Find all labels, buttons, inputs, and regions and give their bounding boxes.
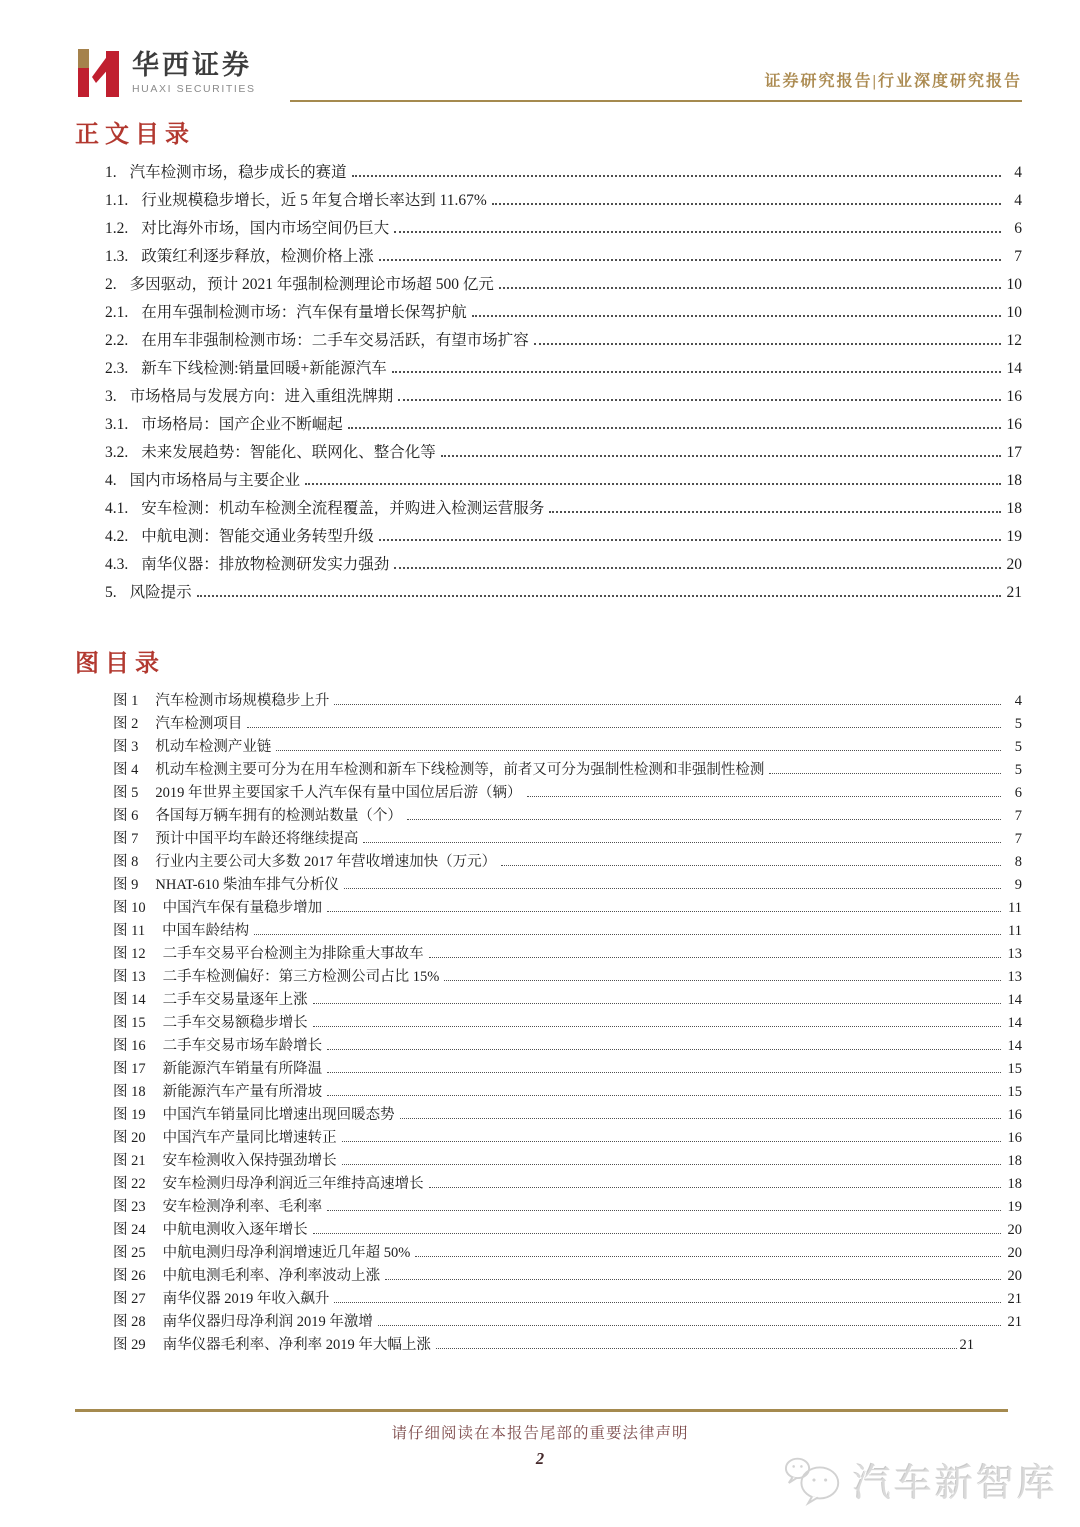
figure-entry-title: 南华仪器归母净利润 2019 年激增: [163, 1311, 373, 1334]
figure-entry[interactable]: 图 7 预计中国平均车龄还将继续提高 7: [113, 828, 1022, 851]
toc-entry-page: 20: [1004, 551, 1022, 579]
figures-title: 图目录: [75, 643, 1080, 678]
toc-entry-number: 2.3.: [105, 355, 128, 383]
toc-entry-title: 安车检测：机动车检测全流程覆盖，并购进入检测运营服务: [141, 495, 544, 523]
figure-entry-number: 图 16: [113, 1035, 146, 1058]
figure-entry-title: 汽车检测项目: [155, 713, 242, 736]
dot-leader: [276, 750, 1001, 751]
figure-entry[interactable]: 图 2 汽车检测项目 5: [113, 713, 1022, 736]
toc-entry-title: 政策红利逐步释放，检测价格上涨: [141, 243, 374, 271]
dot-leader: [441, 455, 1001, 457]
figure-entry[interactable]: 图 17 新能源汽车销量有所降温 15: [113, 1058, 1022, 1081]
figure-entry[interactable]: 图 8 行业内主要公司大多数 2017 年营收增速加快（万元） 8: [113, 851, 1022, 874]
figure-entry-number: 图 25: [113, 1242, 146, 1265]
figure-entry-title: 汽车检测市场规模稳步上升: [155, 690, 329, 713]
toc-entry-number: 3.1.: [105, 411, 128, 439]
figure-entry-title: 中国车龄结构: [162, 920, 249, 943]
dot-leader: [398, 399, 1001, 401]
dot-leader: [549, 511, 1001, 513]
figure-entry[interactable]: 图 9 NHAT-610 柴油车排气分析仪 9: [113, 874, 1022, 897]
figure-entry-number: 图 6: [113, 805, 138, 828]
figure-entry-title: 中国汽车产量同比增速转正: [163, 1127, 337, 1150]
toc-entry-page: 19: [1004, 523, 1022, 551]
figure-entry-title: 安车检测归母净利润近三年维持高速增长: [163, 1173, 424, 1196]
figure-entry[interactable]: 图 25 中航电测归母净利润增速近几年超 50% 20: [113, 1242, 1022, 1265]
figure-entry[interactable]: 图 22 安车检测归母净利润近三年维持高速增长 18: [113, 1173, 1022, 1196]
dot-leader: [444, 980, 1001, 981]
figure-entry[interactable]: 图 28 南华仪器归母净利润 2019 年激增 21: [113, 1311, 1022, 1334]
figure-entry-number: 图 28: [113, 1311, 146, 1334]
huaxi-logo: 华西证券 HUAXI SECURITIES: [75, 44, 290, 102]
dot-leader: [342, 1141, 1001, 1142]
figure-entry-page: 7: [1004, 828, 1022, 851]
toc-entry-page: 6: [1004, 215, 1022, 243]
figure-entry-number: 图 14: [113, 989, 146, 1012]
dot-leader: [492, 203, 1001, 205]
toc-entry-title: 国内市场格局与主要企业: [130, 467, 301, 495]
figure-entry-title: 安车检测收入保持强劲增长: [163, 1150, 337, 1173]
figure-entry-page: 7: [1004, 805, 1022, 828]
dot-leader: [352, 175, 1001, 177]
figure-entry[interactable]: 图 12 二手车交易平台检测主为排除重大事故车 13: [113, 943, 1022, 966]
figure-entry-page: 19: [1004, 1196, 1022, 1219]
figure-entry[interactable]: 图 1 汽车检测市场规模稳步上升 4: [113, 690, 1022, 713]
figure-entry-page: 14: [1004, 1035, 1022, 1058]
toc-entry-page: 12: [1004, 327, 1022, 355]
toc-entry-title: 新车下线检测:销量回暖+新能源汽车: [141, 355, 387, 383]
toc-entry[interactable]: 1.3. 政策红利逐步释放，检测价格上涨 7: [105, 243, 1022, 271]
toc-entry-title: 行业规模稳步增长，近 5 年复合增长率达到 11.67%: [141, 187, 487, 215]
toc-entry-page: 4: [1004, 159, 1022, 187]
dot-leader: [407, 819, 1001, 820]
figure-entry-title: 行业内主要公司大多数 2017 年营收增速加快（万元）: [155, 851, 496, 874]
dot-leader: [385, 1279, 1001, 1280]
toc-entry-number: 4.2.: [105, 523, 128, 551]
toc-entry[interactable]: 4. 国内市场格局与主要企业 18: [105, 467, 1022, 495]
figure-entry-title: 二手车交易量逐年上涨: [163, 989, 308, 1012]
figure-entry-page: 5: [1004, 713, 1022, 736]
figure-entry-title: 二手车检测偏好：第三方检测公司占比 15%: [163, 966, 440, 989]
dot-leader: [334, 704, 1001, 705]
toc-entry-title: 市场格局：国产企业不断崛起: [141, 411, 343, 439]
toc-entry[interactable]: 5. 风险提示 21: [105, 579, 1022, 607]
wechat-icon: [783, 1454, 845, 1506]
toc-entry-number: 4.1.: [105, 495, 128, 523]
dot-leader: [327, 1210, 1001, 1211]
figure-entry-title: 新能源汽车销量有所降温: [163, 1058, 323, 1081]
toc-entry[interactable]: 4.2. 中航电测：智能交通业务转型升级 19: [105, 523, 1022, 551]
toc-entry-number: 1.3.: [105, 243, 128, 271]
toc-entry-number: 2.1.: [105, 299, 128, 327]
toc-entry[interactable]: 2.2. 在用车非强制检测市场：二手车交易活跃，有望市场扩容 12: [105, 327, 1022, 355]
toc-entry-title: 风险提示: [130, 579, 192, 607]
figure-entry-page: 15: [1004, 1081, 1022, 1104]
toc-entry[interactable]: 3. 市场格局与发展方向：进入重组洗牌期 16: [105, 383, 1022, 411]
toc-entry-page: 17: [1004, 439, 1022, 467]
figure-entry-title: 机动车检测主要可分为在用车检测和新车下线检测等，前者又可分为强制性检测和非强制性…: [155, 759, 764, 782]
figure-entry-number: 图 9: [113, 874, 138, 897]
dot-leader: [327, 1072, 1001, 1073]
toc-entry-page: 10: [1004, 271, 1022, 299]
toc-entry-number: 1.1.: [105, 187, 128, 215]
page-header: 华西证券 HUAXI SECURITIES 证券研究报告|行业深度研究报告: [75, 42, 1022, 102]
toc-entry-page: 14: [1004, 355, 1022, 383]
figure-entry-title: 南华仪器毛利率、净利率 2019 年大幅上涨: [163, 1334, 431, 1357]
toc-entry-title: 中航电测：智能交通业务转型升级: [141, 523, 374, 551]
figure-entry-page: 20: [1004, 1265, 1022, 1288]
figure-entry-page: 18: [1004, 1173, 1022, 1196]
toc-entry-number: 3.2.: [105, 439, 128, 467]
figure-entry[interactable]: 图 29 南华仪器毛利率、净利率 2019 年大幅上涨 21: [113, 1334, 1022, 1357]
figure-entry[interactable]: 图 20 中国汽车产量同比增速转正 16: [113, 1127, 1022, 1150]
figure-entry-page: 5: [1004, 759, 1022, 782]
figure-entry[interactable]: 图 23 安车检测净利率、毛利率 19: [113, 1196, 1022, 1219]
toc-entry-number: 2.2.: [105, 327, 128, 355]
dot-leader: [501, 865, 1001, 866]
dot-leader: [378, 1325, 1001, 1326]
dot-leader: [499, 287, 1001, 289]
toc-entry-title: 市场格局与发展方向：进入重组洗牌期: [130, 383, 394, 411]
toc-entry-page: 16: [1004, 411, 1022, 439]
figure-entry-page: 21: [1004, 1311, 1022, 1334]
figure-entry[interactable]: 图 24 中航电测收入逐年增长 20: [113, 1219, 1022, 1242]
dot-leader: [344, 888, 1001, 889]
dot-leader: [247, 727, 1001, 728]
dot-leader: [327, 1049, 1001, 1050]
dot-leader: [415, 1256, 1001, 1257]
toc-entry-title: 未来发展趋势：智能化、联网化、整合化等: [141, 439, 436, 467]
brand-name-cn: 华西证券: [132, 51, 256, 81]
watermark-label: 汽车新智库: [853, 1452, 1058, 1507]
figure-entry-page: 18: [1004, 1150, 1022, 1173]
figure-entry-number: 图 20: [113, 1127, 146, 1150]
toc-entry[interactable]: 3.1. 市场格局：国产企业不断崛起 16: [105, 411, 1022, 439]
figure-entry-title: 机动车检测产业链: [155, 736, 271, 759]
figure-entry-title: NHAT-610 柴油车排气分析仪: [155, 874, 339, 897]
figure-entry-number: 图 1: [113, 690, 138, 713]
figure-entry-page: 20: [1004, 1242, 1022, 1265]
brand-name-en: HUAXI SECURITIES: [132, 83, 256, 95]
toc-entry[interactable]: 4.1. 安车检测：机动车检测全流程覆盖，并购进入检测运营服务 18: [105, 495, 1022, 523]
figure-entry[interactable]: 图 11 中国车龄结构 11: [113, 920, 1022, 943]
figure-entry-number: 图 17: [113, 1058, 146, 1081]
figure-entry[interactable]: 图 6 各国每万辆车拥有的检测站数量（个） 7: [113, 805, 1022, 828]
figure-entry-number: 图 22: [113, 1173, 146, 1196]
figure-entry[interactable]: 图 13 二手车检测偏好：第三方检测公司占比 15% 13: [113, 966, 1022, 989]
figure-entry-number: 图 11: [113, 920, 145, 943]
dot-leader: [342, 1164, 1001, 1165]
figure-entry-number: 图 5: [113, 782, 138, 805]
figure-entry-title: 二手车交易平台检测主为排除重大事故车: [163, 943, 424, 966]
dot-leader: [348, 427, 1001, 429]
toc-entry[interactable]: 1. 汽车检测市场，稳步成长的赛道 4: [105, 159, 1022, 187]
dot-leader: [534, 343, 1001, 345]
toc-entry-title: 汽车检测市场，稳步成长的赛道: [130, 159, 347, 187]
figure-entry-number: 图 29: [113, 1334, 146, 1357]
dot-leader: [379, 539, 1001, 541]
figure-entry-number: 图 23: [113, 1196, 146, 1219]
figure-entry-page: 9: [1004, 874, 1022, 897]
header-divider: [290, 100, 1022, 103]
figure-entry-number: 图 4: [113, 759, 138, 782]
logo-text: 华西证券 HUAXI SECURITIES: [132, 51, 256, 95]
figure-entry[interactable]: 图 27 南华仪器 2019 年收入飙升 21: [113, 1288, 1022, 1311]
figure-entry[interactable]: 图 10 中国汽车保有量稳步增加 11: [113, 897, 1022, 920]
figure-entry-page: 21: [1004, 1288, 1022, 1311]
dot-leader: [527, 796, 1002, 797]
dot-leader: [313, 1233, 1001, 1234]
figure-entry-page: 6: [1004, 782, 1022, 805]
toc-entry[interactable]: 4.3. 南华仪器：排放物检测研发实力强劲 20: [105, 551, 1022, 579]
figure-entry-page: 21: [960, 1334, 1023, 1357]
dot-leader: [379, 259, 1001, 261]
figure-entry-page: 8: [1004, 851, 1022, 874]
figure-entry-number: 图 21: [113, 1150, 146, 1173]
figure-entry[interactable]: 图 21 安车检测收入保持强劲增长 18: [113, 1150, 1022, 1173]
figure-entry-title: 中国汽车销量同比增速出现回暖态势: [163, 1104, 395, 1127]
toc-entry-page: 16: [1004, 383, 1022, 411]
figure-entry-number: 图 2: [113, 713, 138, 736]
toc-title: 正文目录: [75, 114, 1080, 149]
dot-leader: [305, 483, 1001, 485]
figure-entry-title: 二手车交易额稳步增长: [163, 1012, 308, 1035]
dot-leader: [363, 842, 1001, 843]
toc-entry-title: 在用车非强制检测市场：二手车交易活跃，有望市场扩容: [141, 327, 529, 355]
figure-entry-number: 图 27: [113, 1288, 146, 1311]
watermark: 汽车新智库: [783, 1452, 1058, 1507]
toc-entry-title: 对比海外市场，国内市场空间仍巨大: [141, 215, 389, 243]
figure-entry-title: 新能源汽车产量有所滑坡: [163, 1081, 323, 1104]
dot-leader: [436, 1348, 957, 1349]
figure-entry-number: 图 26: [113, 1265, 146, 1288]
toc-entry-page: 18: [1004, 495, 1022, 523]
dot-leader: [254, 934, 1001, 935]
toc-entry-page: 4: [1004, 187, 1022, 215]
figure-entry-page: 14: [1004, 989, 1022, 1012]
toc-entry-number: 1.: [105, 159, 117, 187]
figure-entry-page: 14: [1004, 1012, 1022, 1035]
toc-entry[interactable]: 3.2. 未来发展趋势：智能化、联网化、整合化等 17: [105, 439, 1022, 467]
toc-entry-number: 2.: [105, 271, 117, 299]
toc-list: 1. 汽车检测市场，稳步成长的赛道 4 1.1. 行业规模稳步增长，近 5 年复…: [105, 159, 1022, 607]
header-right: 证券研究报告|行业深度研究报告: [290, 68, 1022, 103]
dot-leader: [392, 371, 1001, 373]
toc-entry-number: 5.: [105, 579, 117, 607]
toc-entry[interactable]: 2.1. 在用车强制检测市场：汽车保有量增长保驾护航 10: [105, 299, 1022, 327]
toc-entry[interactable]: 1.1. 行业规模稳步增长，近 5 年复合增长率达到 11.67% 4: [105, 187, 1022, 215]
figure-entry[interactable]: 图 26 中航电测毛利率、净利率波动上涨 20: [113, 1265, 1022, 1288]
toc-entry-number: 4.: [105, 467, 117, 495]
footer-disclaimer: 请仔细阅读在本报告尾部的重要法律声明: [0, 1421, 1080, 1443]
figure-entry[interactable]: 图 4 机动车检测主要可分为在用车检测和新车下线检测等，前者又可分为强制性检测和…: [113, 759, 1022, 782]
figure-entry-title: 2019 年世界主要国家千人汽车保有量中国位居后游（辆）: [155, 782, 521, 805]
figure-entry-number: 图 24: [113, 1219, 146, 1242]
figure-entry-title: 中航电测收入逐年增长: [163, 1219, 308, 1242]
toc-entry-number: 3.: [105, 383, 117, 411]
figure-entry-number: 图 15: [113, 1012, 146, 1035]
dot-leader: [394, 231, 1001, 233]
toc-entry[interactable]: 1.2. 对比海外市场，国内市场空间仍巨大 6: [105, 215, 1022, 243]
huaxi-logo-icon: [75, 46, 123, 100]
figure-entry[interactable]: 图 19 中国汽车销量同比增速出现回暖态势 16: [113, 1104, 1022, 1127]
toc-entry-page: 10: [1004, 299, 1022, 327]
figure-entry-number: 图 7: [113, 828, 138, 851]
dot-leader: [313, 1026, 1001, 1027]
figure-entry-number: 图 3: [113, 736, 138, 759]
toc-entry-title: 在用车强制检测市场：汽车保有量增长保驾护航: [141, 299, 467, 327]
figure-entry-number: 图 13: [113, 966, 146, 989]
dot-leader: [769, 773, 1001, 774]
figure-entry-page: 4: [1004, 690, 1022, 713]
figure-entry[interactable]: 图 16 二手车交易市场车龄增长 14: [113, 1035, 1022, 1058]
figure-entry-page: 15: [1004, 1058, 1022, 1081]
figure-entry-page: 13: [1004, 943, 1022, 966]
toc-entry-number: 4.3.: [105, 551, 128, 579]
figure-entry[interactable]: 图 3 机动车检测产业链 5: [113, 736, 1022, 759]
figure-entry-title: 中国汽车保有量稳步增加: [163, 897, 323, 920]
figure-entry-page: 16: [1004, 1127, 1022, 1150]
figure-entry-number: 图 8: [113, 851, 138, 874]
toc-entry-page: 18: [1004, 467, 1022, 495]
dot-leader: [429, 1187, 1001, 1188]
figure-entry-page: 13: [1004, 966, 1022, 989]
dot-leader: [313, 1003, 1001, 1004]
figure-entry-page: 11: [1004, 920, 1022, 943]
dot-leader: [197, 595, 1001, 597]
dot-leader: [334, 1302, 1001, 1303]
figure-entry[interactable]: 图 18 新能源汽车产量有所滑坡 15: [113, 1081, 1022, 1104]
figure-entry[interactable]: 图 15 二手车交易额稳步增长 14: [113, 1012, 1022, 1035]
figure-entry-page: 11: [1004, 897, 1022, 920]
figure-entry[interactable]: 图 14 二手车交易量逐年上涨 14: [113, 989, 1022, 1012]
figure-entry-page: 5: [1004, 736, 1022, 759]
dot-leader: [429, 957, 1001, 958]
figure-entry-title: 中航电测归母净利润增速近几年超 50%: [163, 1242, 411, 1265]
figure-entry-title: 各国每万辆车拥有的检测站数量（个）: [155, 805, 402, 828]
toc-entry-title: 多因驱动，预计 2021 年强制检测理论市场超 500 亿元: [130, 271, 494, 299]
toc-entry-page: 21: [1004, 579, 1022, 607]
report-toc-page: 华西证券 HUAXI SECURITIES 证券研究报告|行业深度研究报告 正文…: [0, 0, 1080, 1527]
toc-entry-title: 南华仪器：排放物检测研发实力强劲: [141, 551, 389, 579]
figure-entry-number: 图 12: [113, 943, 146, 966]
figure-entry-title: 南华仪器 2019 年收入飙升: [163, 1288, 330, 1311]
figure-entry-number: 图 18: [113, 1081, 146, 1104]
figure-entry-title: 中航电测毛利率、净利率波动上涨: [163, 1265, 381, 1288]
dot-leader: [327, 911, 1001, 912]
figure-entry-title: 二手车交易市场车龄增长: [163, 1035, 323, 1058]
figure-entry[interactable]: 图 5 2019 年世界主要国家千人汽车保有量中国位居后游（辆） 6: [113, 782, 1022, 805]
figure-entry-title: 安车检测净利率、毛利率: [163, 1196, 323, 1219]
footer-divider: [75, 1409, 1008, 1412]
dot-leader: [472, 315, 1001, 317]
figure-entry-title: 预计中国平均车龄还将继续提高: [155, 828, 358, 851]
dot-leader: [327, 1095, 1001, 1096]
figure-entry-number: 图 19: [113, 1104, 146, 1127]
toc-entry-number: 1.2.: [105, 215, 128, 243]
figure-entry-page: 20: [1004, 1219, 1022, 1242]
toc-entry[interactable]: 2. 多因驱动，预计 2021 年强制检测理论市场超 500 亿元 10: [105, 271, 1022, 299]
dot-leader: [394, 567, 1001, 569]
toc-entry[interactable]: 2.3. 新车下线检测:销量回暖+新能源汽车 14: [105, 355, 1022, 383]
report-type-label: 证券研究报告|行业深度研究报告: [290, 68, 1022, 91]
figure-entry-number: 图 10: [113, 897, 146, 920]
dot-leader: [400, 1118, 1001, 1119]
toc-entry-page: 7: [1004, 243, 1022, 271]
figure-entry-page: 16: [1004, 1104, 1022, 1127]
figure-list: 图 1 汽车检测市场规模稳步上升 4 图 2 汽车检测项目 5 图 3 机动车检…: [113, 690, 1022, 1357]
